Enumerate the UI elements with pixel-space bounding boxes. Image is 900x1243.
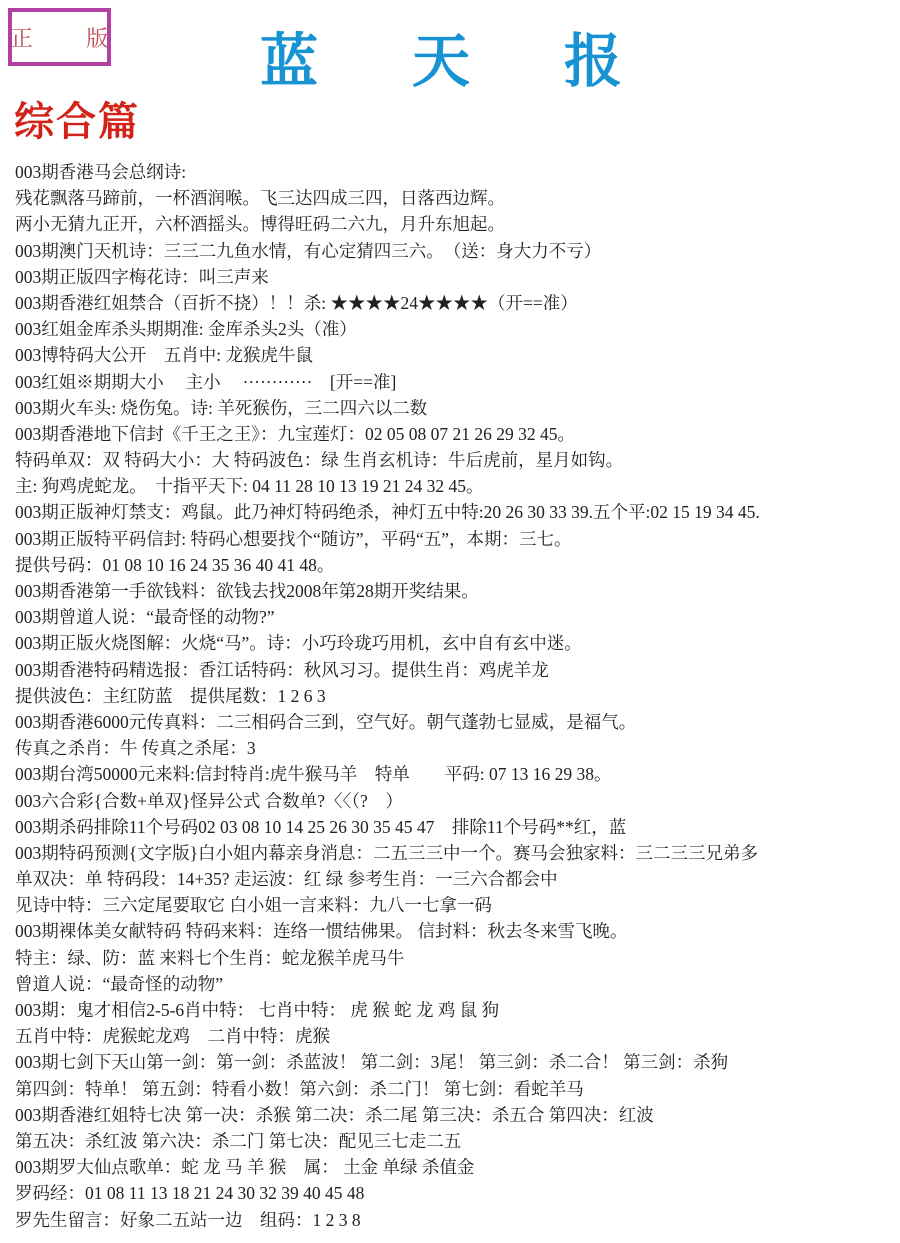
report-line: 003期火车头: 烧伤兔。诗: 羊死猴伤，三二四六以二数 [15,395,900,421]
report-line: 见诗中特：三六定尾要取它 白小姐一言来料：九八一七拿一码 [15,892,900,918]
report-line: 罗码经：01 08 11 13 18 21 24 30 32 39 40 45 … [15,1180,900,1206]
report-line: 003期澳门天机诗：三三二九鱼水情，有心定猜四三六。 （送：身大力不亏） [15,238,900,264]
report-line: 特码单双：双 特码大小：大 特码波色：绿 生肖玄机诗：牛后虎前，星月如钩。 [15,447,900,473]
report-line: 003红姐※期期大小 主小 ············ [开==准] [15,369,900,395]
report-line: 003期正版火烧图解：火烧“马”。诗：小巧玲珑巧用机，玄中自有玄中迷。 [15,630,900,656]
report-line: 003六合彩{合数+单双}怪异公式 合数单?〈〈（? ） [15,788,900,814]
report-line: 003期裸体美女献特码 特码来料：连络一惯结佛果。 信封料：秋去冬来雪飞晚。 [15,918,900,944]
report-line: 003期香港特码精选报：香江话特码：秋风习习。提供生肖：鸡虎羊龙 [15,657,900,683]
report-line: 003期香港红姐禁合（百折不挠）！！杀: ★★★★24★★★★（开==准） [15,290,900,316]
report-line: 003期罗大仙点歌单：蛇 龙 马 羊 猴 属： 土金 单绿 杀值金 [15,1154,900,1180]
report-line: 003期香港地下信封《千王之王》：九宝莲灯：02 05 08 07 21 26 … [15,421,900,447]
report-line: 003博特码大公开 五肖中: 龙猴虎牛鼠 [15,342,900,368]
report-line: 主: 狗鸡虎蛇龙。 十指平天下: 04 11 28 10 13 19 21 24… [15,473,900,499]
report-line: 提供号码：01 08 10 16 24 35 36 40 41 48。 [15,552,900,578]
report-line: 003期曾道人说：“最奇怪的动物?” [15,604,900,630]
report-line: 五肖中特：虎猴蛇龙鸡 二肖中特：虎猴 [15,1023,900,1049]
report-line: 003期香港6000元传真料：二三相码合三到，空气好。朝气蓬勃七显威，是福气。 [15,709,900,735]
report-line: 提供波色：主红防蓝 提供尾数：1 2 6 3 [15,683,900,709]
report-line: 003期：鬼才相信2-5-6肖中特： 七肖中特： 虎 猴 蛇 龙 鸡 鼠 狗 [15,997,900,1023]
section-title: 综合篇 [14,90,140,147]
report-line: 传真之杀肖：牛 传真之杀尾：3 [15,735,900,761]
report-line: 曾道人说：“最奇怪的动物” [15,971,900,997]
report-line: 003期台湾50000元来料:信封特肖:虎牛猴马羊 特单 平码: 07 13 1… [15,761,900,787]
report-line: 003期香港马会总纲诗: [15,159,900,185]
report-body: 003期香港马会总纲诗: 残花飘落马蹄前，一杯酒润喉。飞三达四成三四，日落西边辉… [15,159,900,1233]
report-line: 单双决：单 特码段：14+35? 走运波：红 绿 参考生肖：一三六合都会中 [15,866,900,892]
report-line: 003期七剑下天山第一剑：第一剑：杀蓝波！ 第二剑：3尾！ 第三剑：杀二合！ 第… [15,1049,900,1075]
report-line: 003期正版特平码信封: 特码心想要找个“随访”，平码“五”，本期：三七。 [15,526,900,552]
report-line: 003期正版神灯禁支：鸡鼠。此乃神灯特码绝杀，神灯五中特:20 26 30 33… [15,499,900,525]
report-line: 003红姐金库杀头期期准: 金库杀头2头（准） [15,316,900,342]
report-line: 两小无猜九正开，六杯酒摇头。博得旺码二六九，月升东旭起。 [15,211,900,237]
report-line: 003期香港第一手欲钱料：欲钱去找2008年第28期开奖结果。 [15,578,900,604]
report-line: 第五决：杀红波 第六决：杀二门 第七决：配见三七走二五 [15,1128,900,1154]
report-line: 特主：绿、防：蓝 来料七个生肖：蛇龙猴羊虎马牛 [15,945,900,971]
report-line: 003期杀码排除11个号码02 03 08 10 14 25 26 30 35 … [15,814,900,840]
report-line: 罗先生留言：好象二五站一边 组码：1 2 3 8 [15,1207,900,1233]
report-line: 003期正版四字梅花诗：叫三声来 [15,264,900,290]
report-line: 003期特码预测{文字版}白小姐内幕亲身消息：二五三三中一个。赛马会独家料：三二… [15,840,900,866]
page-title: 蓝 天 报 [0,14,900,98]
lottery-report-page: 正 版 蓝 天 报 综合篇 003期香港马会总纲诗: 残花飘落马蹄前，一杯酒润喉… [0,0,900,1243]
report-line: 003期香港红姐特七决 第一决：杀猴 第二决：杀二尾 第三决：杀五合 第四决：红… [15,1102,900,1128]
report-line: 残花飘落马蹄前，一杯酒润喉。飞三达四成三四，日落西边辉。 [15,185,900,211]
report-line: 第四剑：特单！ 第五剑：特看小数！第六剑：杀二门！ 第七剑：看蛇羊马 [15,1076,900,1102]
